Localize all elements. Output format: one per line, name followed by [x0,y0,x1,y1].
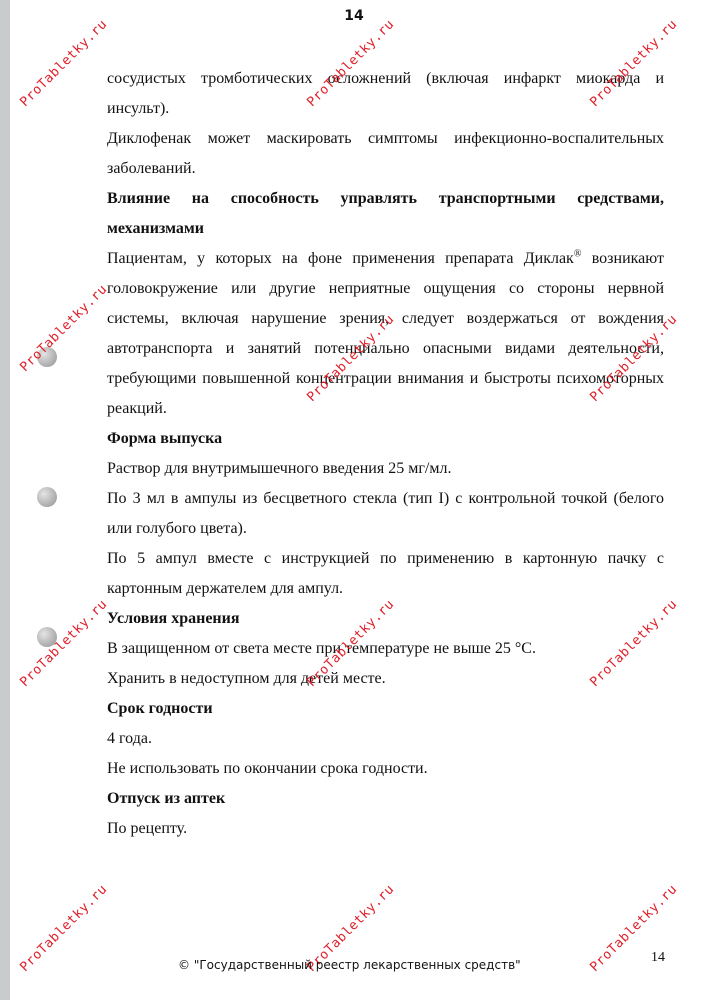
section-heading: Отпуск из аптек [107,784,664,814]
section-heading: Срок годности [107,694,664,724]
watermark: ProTabletky.ru [17,882,110,975]
paragraph: Хранить в недоступном для детей месте. [107,664,664,694]
watermark: ProTabletky.ru [17,282,110,375]
page-number-top: 14 [0,8,708,24]
footer-copyright: © "Государственный реестр лекарственных … [178,958,521,972]
paragraph: В защищенном от света месте при температ… [107,634,664,664]
paragraph: По 3 мл в ампулы из бесцветного стекла (… [107,484,664,544]
section-heading: механизмами [107,214,664,244]
watermark: ProTabletky.ru [17,17,110,110]
text: Пациентам, у которых на фоне применения … [107,250,574,267]
paragraph: По рецепту. [107,814,664,844]
section-heading: Влияние на способность управлять транспо… [107,184,664,214]
paragraph: Диклофенак может маскировать симптомы ин… [107,124,664,184]
paragraph: сосудистых тромботических осложнений (вк… [107,64,664,94]
paragraph: Раствор для внутримышечного введения 25 … [107,454,664,484]
binder-hole [37,487,57,507]
watermark: ProTabletky.ru [587,882,680,975]
section-heading: Форма выпуска [107,424,664,454]
page-edge-strip [0,0,10,1000]
paragraph: инсульт). [107,94,664,124]
paragraph: 4 года. [107,724,664,754]
paragraph: По 5 ампул вместе с инструкцией по приме… [107,544,664,604]
paragraph: Не использовать по окончании срока годно… [107,754,664,784]
watermark: ProTabletky.ru [17,597,110,690]
document-body: сосудистых тромботических осложнений (вк… [107,64,664,844]
page-number-bottom: 14 [651,950,665,966]
